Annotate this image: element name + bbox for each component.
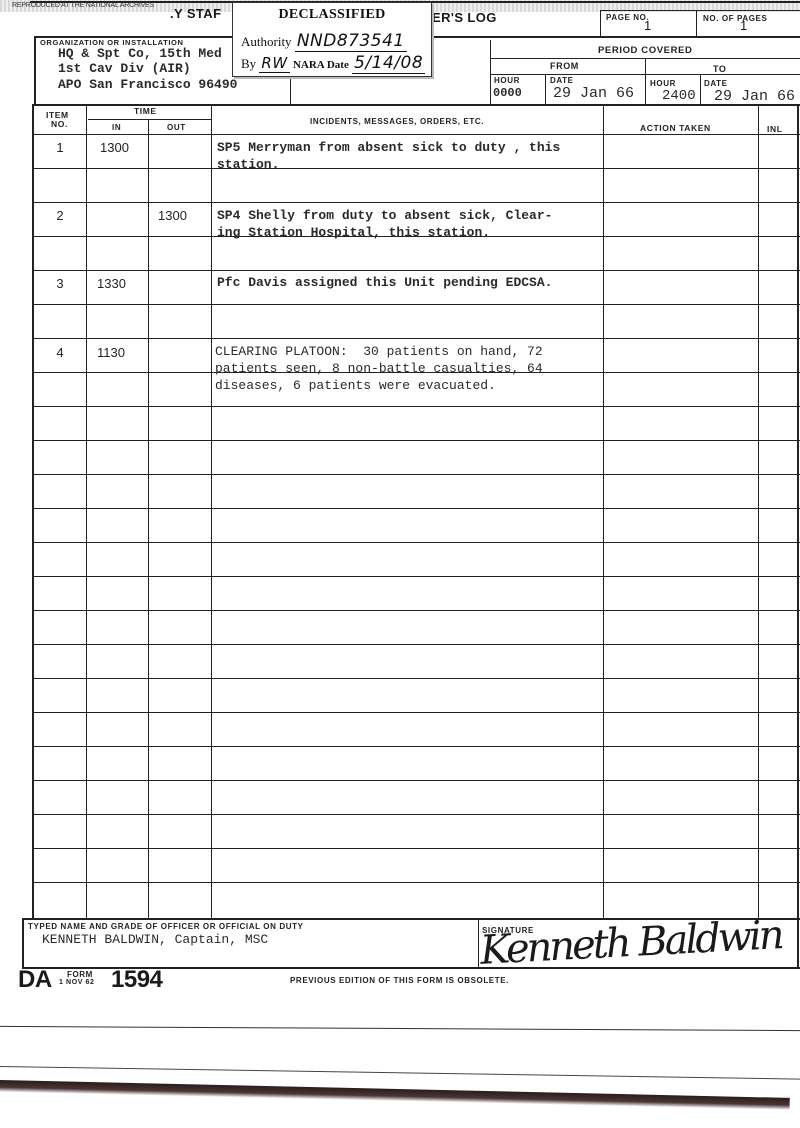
stamp-date-value: 5/14/08	[352, 53, 425, 74]
organization-line-1: HQ & Spt Co, 15th Med	[58, 46, 222, 61]
entry-item-no: 3	[40, 276, 80, 291]
entry-text: SP4 Shelly from duty to absent sick, Cle…	[217, 207, 552, 241]
from-label: FROM	[550, 61, 579, 71]
by-label: By	[241, 56, 256, 71]
officer-value: KENNETH BALDWIN, Captain, MSC	[42, 932, 268, 947]
nara-date-label: NARA Date	[293, 59, 349, 71]
entry-item-no: 4	[40, 345, 80, 360]
stamp-title: DECLASSIFIED	[233, 7, 431, 23]
entry-item-no: 1	[40, 140, 80, 155]
to-hour-label: HOUR	[650, 79, 676, 88]
col-initials-label: INL	[767, 124, 783, 134]
organization-line-2: 1st Cav Div (AIR)	[58, 61, 191, 76]
page-edge-shadow	[0, 1080, 790, 1110]
to-label: TO	[713, 64, 727, 74]
form-title-right: ER'S LOG	[432, 10, 497, 25]
col-action-taken-label: ACTION TAKEN	[640, 123, 711, 133]
page-no-label: PAGE NO.	[606, 13, 649, 22]
entry-text: SP5 Merryman from absent sick to duty , …	[217, 139, 560, 173]
entry-time-in: 1330	[97, 276, 126, 291]
page-no-value: 1	[644, 18, 651, 33]
form-edition: 1 NOV 62	[59, 979, 95, 986]
entry-item-no: 2	[40, 208, 80, 223]
declassified-stamp: DECLASSIFIED Authority NND873541 By RW N…	[232, 2, 432, 77]
form-word: FORM	[67, 970, 93, 979]
authority-value: NND873541	[295, 31, 407, 52]
from-date-label: DATE	[550, 76, 574, 85]
to-date-label: DATE	[704, 79, 728, 88]
col-time-label: TIME	[134, 106, 157, 116]
from-date-value: 29 Jan 66	[553, 85, 634, 102]
form-prefix: DA	[18, 966, 52, 994]
authority-label: Authority	[241, 34, 292, 49]
no-of-pages-label: NO. OF PAGES	[703, 14, 767, 23]
entry-text: CLEARING PLATOON: 30 patients on hand, 7…	[215, 343, 543, 394]
to-date-value: 29 Jan 66	[714, 88, 795, 105]
archive-note: REPRODUCED AT THE NATIONAL ARCHIVES	[12, 2, 154, 9]
period-covered-label: PERIOD COVERED	[598, 45, 692, 56]
from-hour-label: HOUR	[494, 76, 520, 85]
entry-time-out: 1300	[158, 208, 187, 223]
by-initials: RW	[259, 54, 289, 73]
entry-time-in: 1130	[97, 345, 125, 360]
from-hour-value: 0000	[493, 86, 522, 100]
form-number: 1594	[111, 966, 162, 994]
col-out-label: OUT	[167, 123, 186, 132]
organization-line-3: APO San Francisco 96490	[58, 77, 237, 92]
to-hour-value: 2400	[662, 88, 696, 104]
col-item-label-2: NO.	[51, 119, 68, 129]
col-in-label: IN	[112, 123, 121, 132]
no-of-pages-value: 1	[740, 18, 747, 33]
entry-text: Pfc Davis assigned this Unit pending EDC…	[217, 274, 552, 291]
entry-time-in: 1300	[100, 140, 129, 155]
bleed-through-form-number	[10, 1016, 170, 1030]
officer-label: TYPED NAME AND GRADE OF OFFICER OR OFFIC…	[28, 922, 304, 931]
form-title-left: .Y STAF	[170, 6, 221, 21]
obsolete-notice: PREVIOUS EDITION OF THIS FORM IS OBSOLET…	[290, 976, 509, 985]
signature: Kenneth Baldwin	[479, 912, 783, 974]
col-incidents-label: INCIDENTS, MESSAGES, ORDERS, ETC.	[310, 117, 484, 126]
